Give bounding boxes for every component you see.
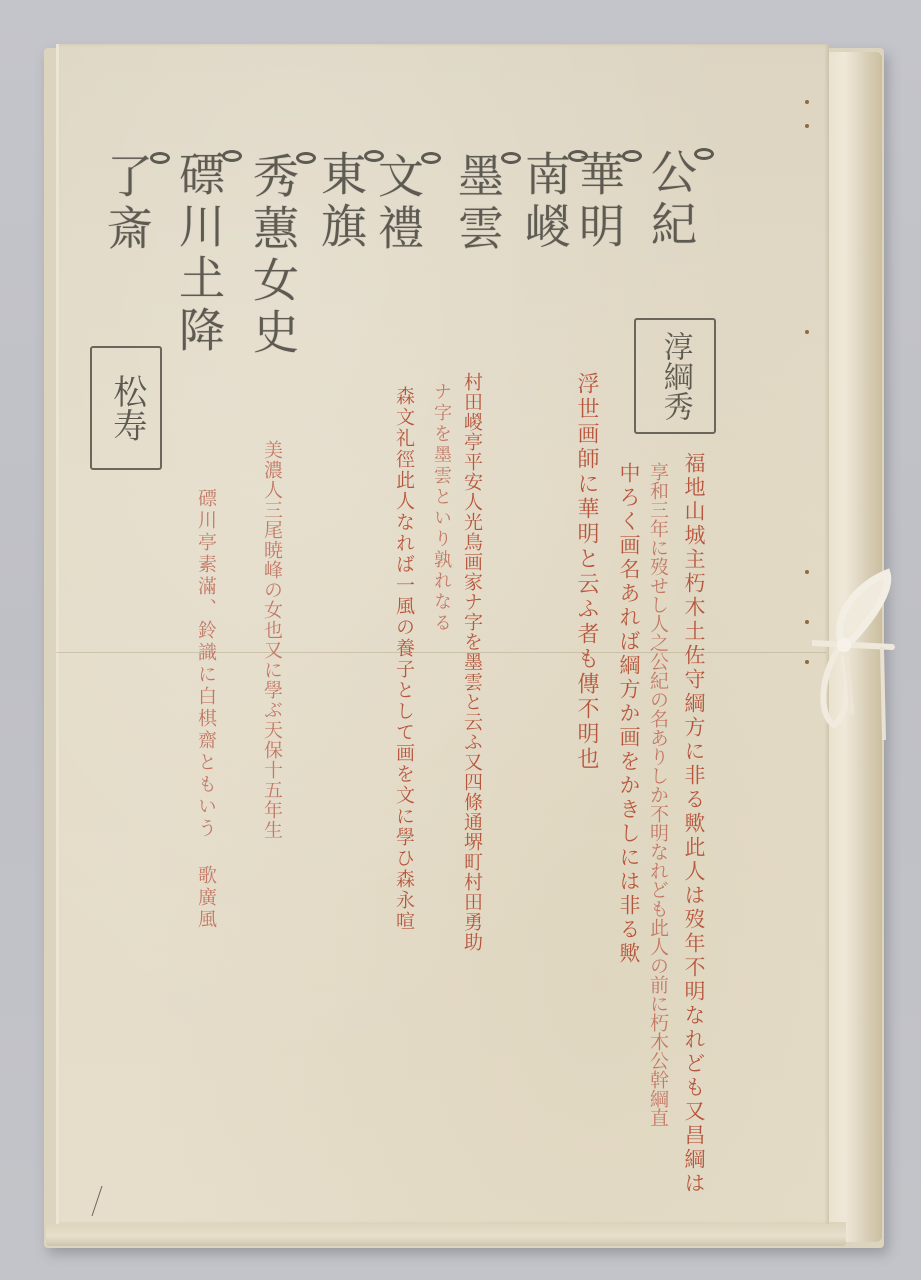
title-kouki: 公紀 (648, 148, 714, 252)
annotation-shukai: 美濃人三尾暁峰の女也又に學ぶ天保十五年生 (262, 440, 281, 840)
annotation-bokuun-2: ナ字を墨雲といり孰れなる (432, 382, 450, 634)
fold-crease (56, 652, 826, 653)
binding-holes (805, 100, 811, 800)
annotation-kouki-2: 享和三年に歿せし人之公紀の名ありしか不明なれども此人の前に朽木公幹綱直 (648, 462, 667, 1127)
annotation-bunrei: 森文礼徑此人なれば一風の養子として画を文に學ひ森永喧 (394, 386, 413, 932)
seal-box-tsunahide: 淳綱秀 (634, 318, 716, 434)
annotation-kouki: 福地山城主朽木土佐守綱方に非る歟此人は歿年不明なれども又昌綱は (683, 452, 704, 1196)
title-bokuun: 墨雲 (455, 152, 521, 256)
seal-box-hide: 松寿 (90, 346, 162, 470)
page-edges-bottom (46, 1222, 846, 1246)
title-bunrei: 文禮 (375, 152, 441, 256)
title-toki: 東旗 (318, 150, 384, 254)
string-tie-icon[interactable] (812, 565, 902, 745)
annotation-kamei: 浮世画師に華明と云ふ者も傳不明也 (575, 372, 597, 772)
title-ryoko: 了斎 (104, 152, 170, 256)
annotation-kouki-3: 中ろく画名あれば綱方か画をかきしには非る歟 (618, 462, 639, 966)
title-nanso: 南嵕 (522, 150, 588, 254)
annotation-bokuun: 村田嵕亭平安人光鳥画家ナ字を墨雲と云ふ又四條通堺町村田勇助 (462, 372, 481, 952)
pencil-mark (88, 1186, 104, 1218)
title-shukai-joshi: 秀蕙女史 (250, 152, 316, 360)
title-kawarasaki: 磦川𡈽降 (176, 150, 242, 358)
annotation-kawarasaki: 磦川亭素滿、鈴識に白棋齋ともいう 歌廣風 (196, 488, 215, 931)
